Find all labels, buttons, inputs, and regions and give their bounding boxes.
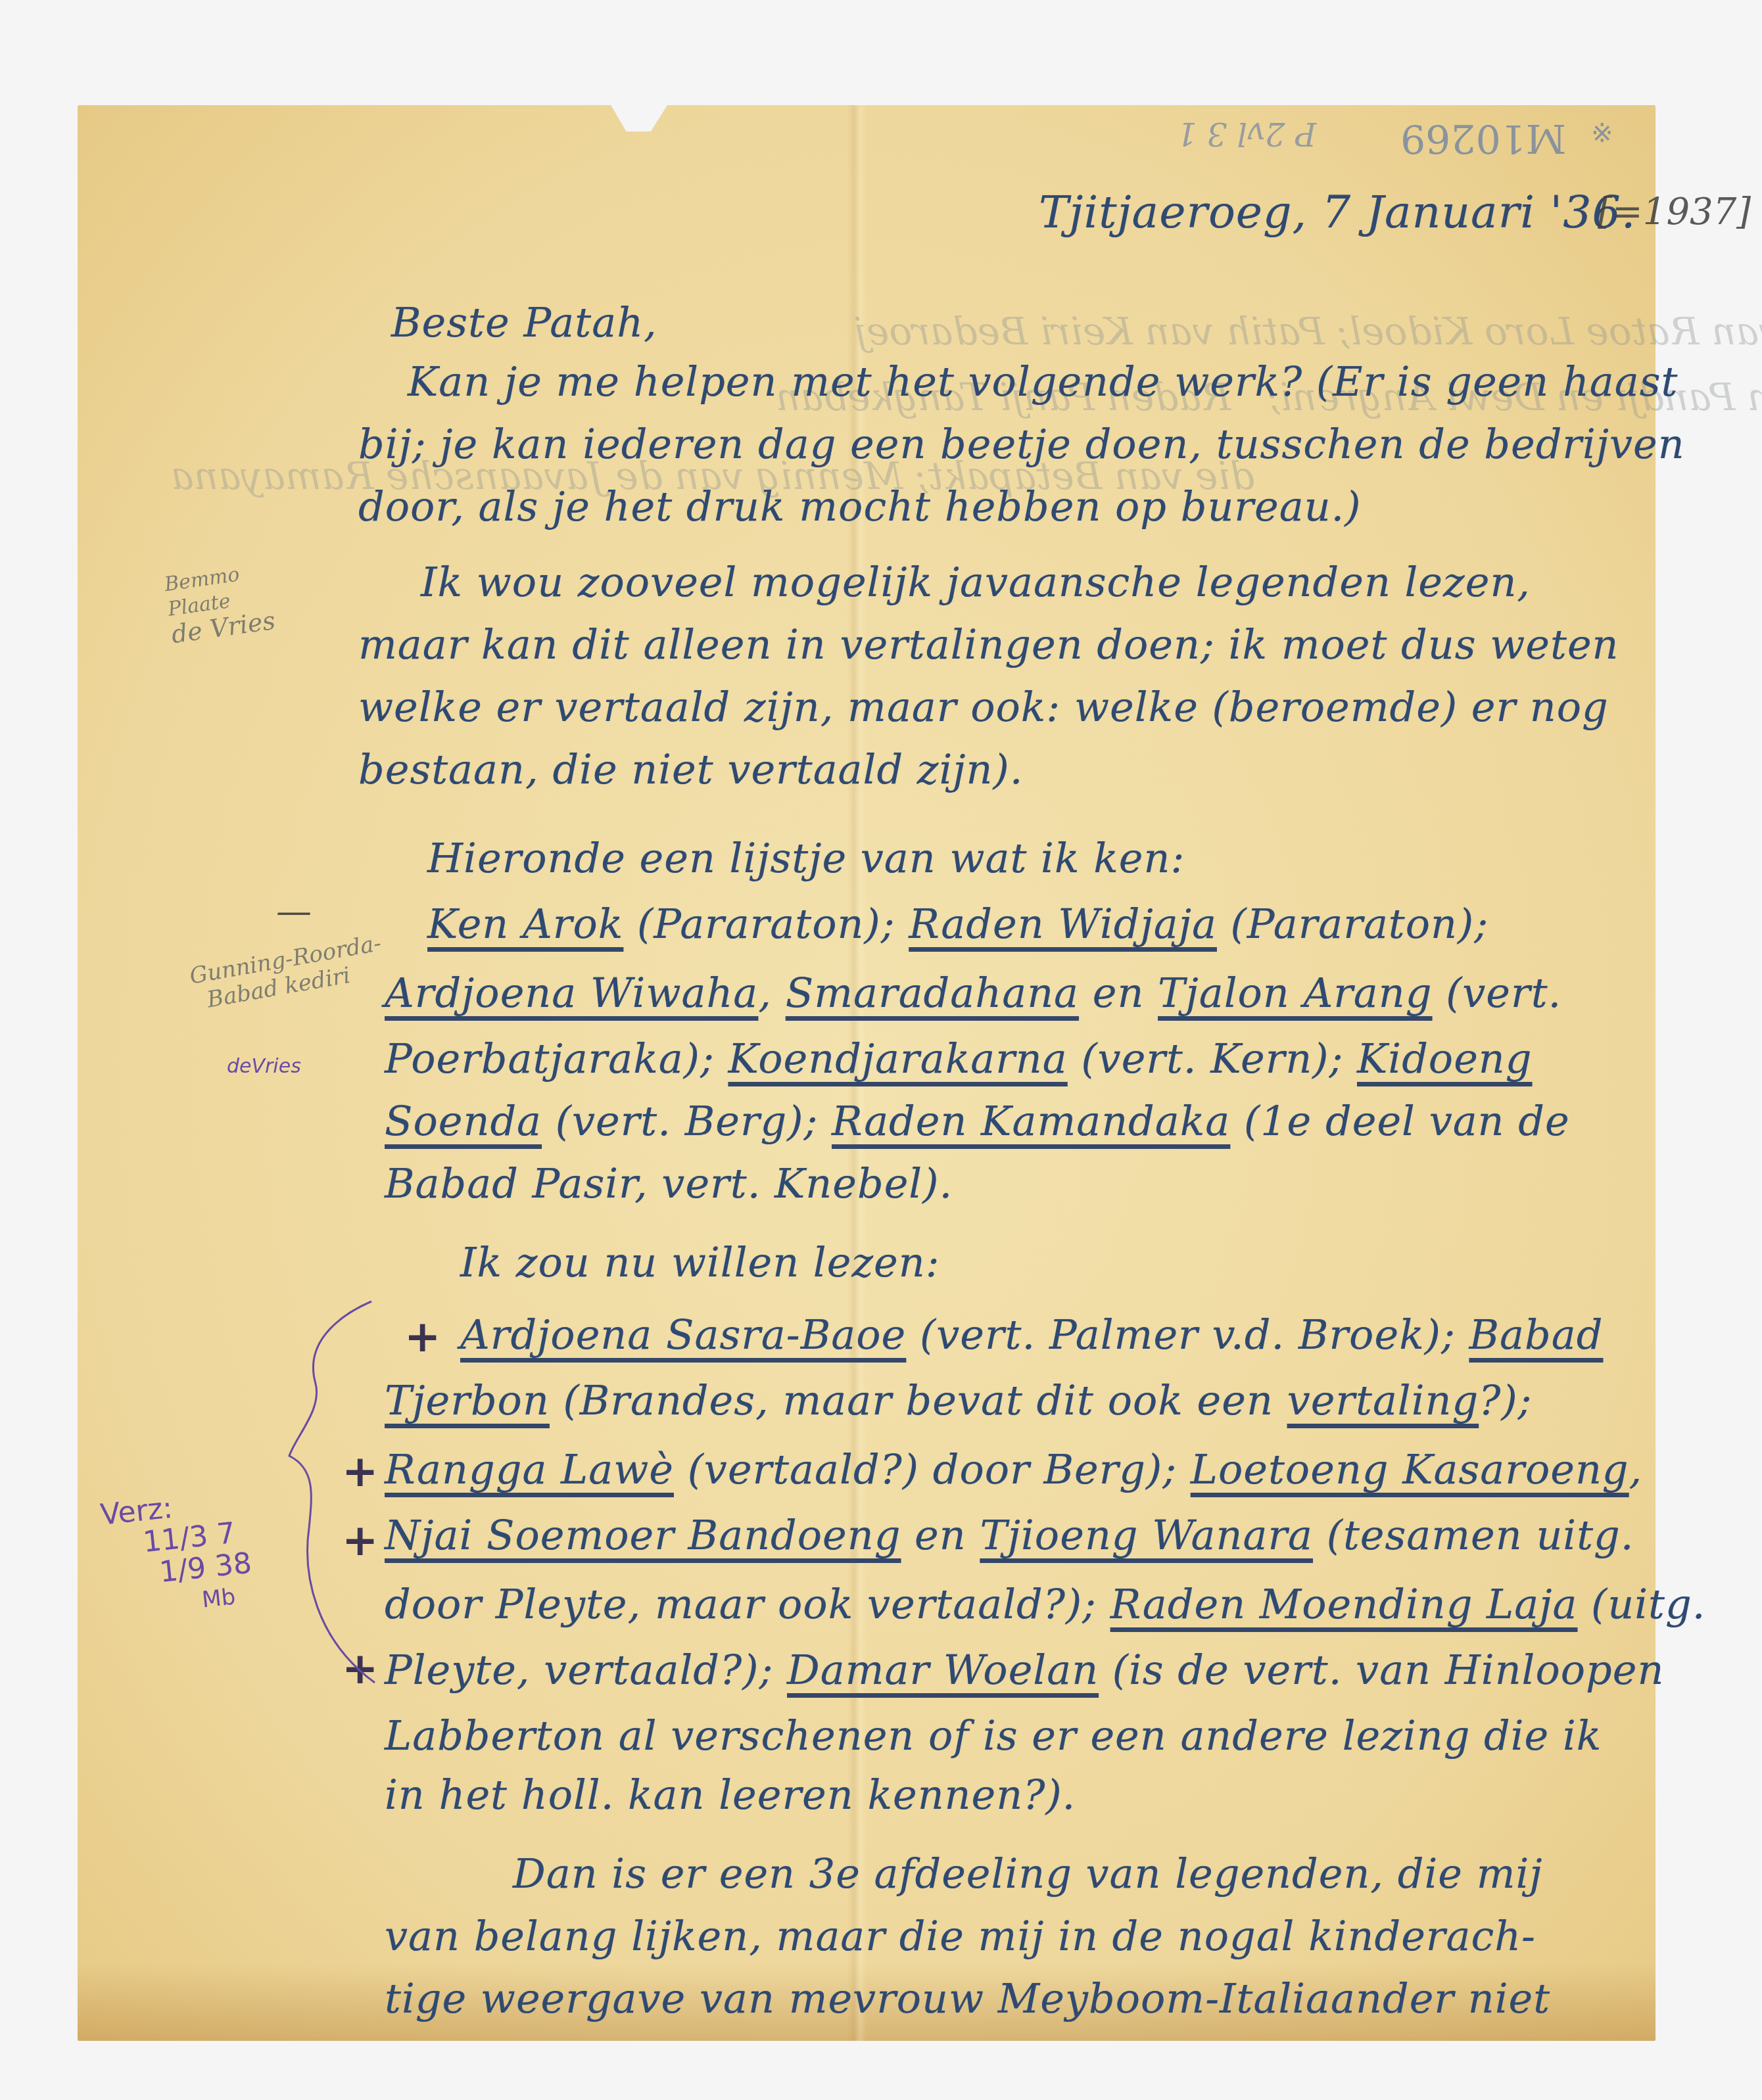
wish-list-line: Ardjoena Sasra-Baoe (vert. Palmer v.d. B… [460, 1315, 1603, 1355]
place-date: Tjitjaeroeg, 7 Januari '36. [1039, 191, 1636, 235]
title-raden-widjaja: Raden Widjaja [909, 900, 1217, 948]
paragraph-2-line: maar kan dit alleen in vertalingen doen;… [358, 624, 1619, 665]
known-list-intro: Hieronde een lijstje van wat ik ken: [427, 838, 1185, 879]
violet-received-note: Verz: 11/3 7 1/9 38 Mb [99, 1485, 257, 1625]
wish-list-line: Rangga Lawè (vertaald?) door Berg); Loet… [385, 1449, 1642, 1490]
title-soenda: Soenda [385, 1097, 542, 1145]
wish-list-line: Labberton al verschenen of is er een and… [385, 1715, 1602, 1756]
archive-catalog-number: M10269 [1400, 115, 1566, 161]
title-raden-kamandaka: Raden Kamandaka [832, 1097, 1230, 1145]
title-ardjoena-wiwaha: Ardjoena Wiwaha [385, 969, 758, 1017]
title-koendjarakarna: Koendjarakarna [728, 1035, 1068, 1083]
wish-list-line: door Pleyte, maar ook vertaald?); Raden … [385, 1584, 1705, 1625]
paragraph-5-line: Dan is er een 3e afdeeling van legenden,… [513, 1854, 1543, 1894]
title-ken-arok: Ken Arok [427, 900, 623, 948]
paragraph-2-line: bestaan, die niet vertaald zijn). [358, 749, 1023, 790]
paragraph-2-line: Ik wou zooveel mogelijk javaansche legen… [421, 562, 1531, 603]
title-njai-soemoer-bandoeng: Njai Soemoer Bandoeng [385, 1511, 901, 1559]
title-babad: Babad [1469, 1311, 1604, 1359]
pencil-dash: — [276, 891, 312, 932]
pencil-margin-note: Bemmo Plaate de Vries [163, 559, 277, 647]
title-damar-woelan: Damar Woelan [787, 1646, 1099, 1694]
wish-list-line: Njai Soemoer Bandoeng en Tjioeng Wanara … [385, 1515, 1634, 1556]
title-tjerbon: Tjerbon [385, 1376, 550, 1424]
title-tjioeng-wanara: Tjioeng Wanara [980, 1511, 1313, 1559]
title-rangga-lawe: Rangga Lawè [385, 1445, 674, 1493]
date-correction: [=1937] [1598, 191, 1751, 233]
wish-list-line: Pleyte, vertaald?); Damar Woelan (is de … [385, 1650, 1664, 1691]
title-raden-moending-laja: Raden Moending Laja [1110, 1580, 1578, 1628]
bleed-through-text: Legenden van Ratoe Loro Kidoel; Patih va… [855, 309, 1762, 354]
violet-margin-note: deVries [227, 1055, 301, 1078]
violet-brace-icon [283, 1298, 381, 1686]
known-list-line: Soenda (vert. Berg); Raden Kamandaka (1e… [385, 1101, 1570, 1142]
plus-mark-icon: + [404, 1311, 441, 1362]
wish-list-line: Tjerbon (Brandes, maar bevat dit ook een… [385, 1380, 1532, 1421]
known-list-line: Babad Pasir, vert. Knebel). [385, 1163, 953, 1204]
archive-shelf-mark: P 2vl 3 1 [1177, 115, 1316, 152]
archive-stamp-icon: ※ [1591, 118, 1613, 149]
paragraph-5-line: tige weergave van mevrouw Meyboom-Italia… [385, 1978, 1550, 2019]
paragraph-1-line: Kan je me helpen met het volgende werk? … [408, 362, 1679, 402]
paragraph-5-line: van belang lijken, maar die mij in de no… [385, 1916, 1536, 1957]
title-ardjoena-sasra-baoe: Ardjoena Sasra-Baoe [460, 1311, 906, 1359]
salutation: Beste Patah, [391, 302, 657, 343]
paragraph-2-line: welke er vertaald zijn, maar ook: welke … [358, 687, 1609, 728]
title-tjalon-arang: Tjalon Arang [1158, 969, 1432, 1017]
known-list-line: Poerbatjaraka); Koendjarakarna (vert. Ke… [385, 1038, 1532, 1079]
known-list-line: Ken Arok (Pararaton); Raden Widjaja (Par… [427, 904, 1488, 945]
known-list-line: Ardjoena Wiwaha, Smaradahana en Tjalon A… [385, 973, 1561, 1014]
wish-list-intro: Ik zou nu willen lezen: [460, 1242, 940, 1283]
paragraph-1-line: door, als je het druk mocht hebben op bu… [358, 486, 1362, 527]
paragraph-1-line: bij; je kan iederen dag een beetje doen,… [358, 424, 1685, 465]
title-loetoeng-kasaroeng: Loetoeng Kasaroeng [1191, 1445, 1629, 1493]
title-kidoeng: Kidoeng [1357, 1035, 1532, 1083]
wish-list-line: in het holl. kan leeren kennen?). [385, 1775, 1076, 1815]
title-smaradahana: Smaradahana [786, 969, 1079, 1017]
